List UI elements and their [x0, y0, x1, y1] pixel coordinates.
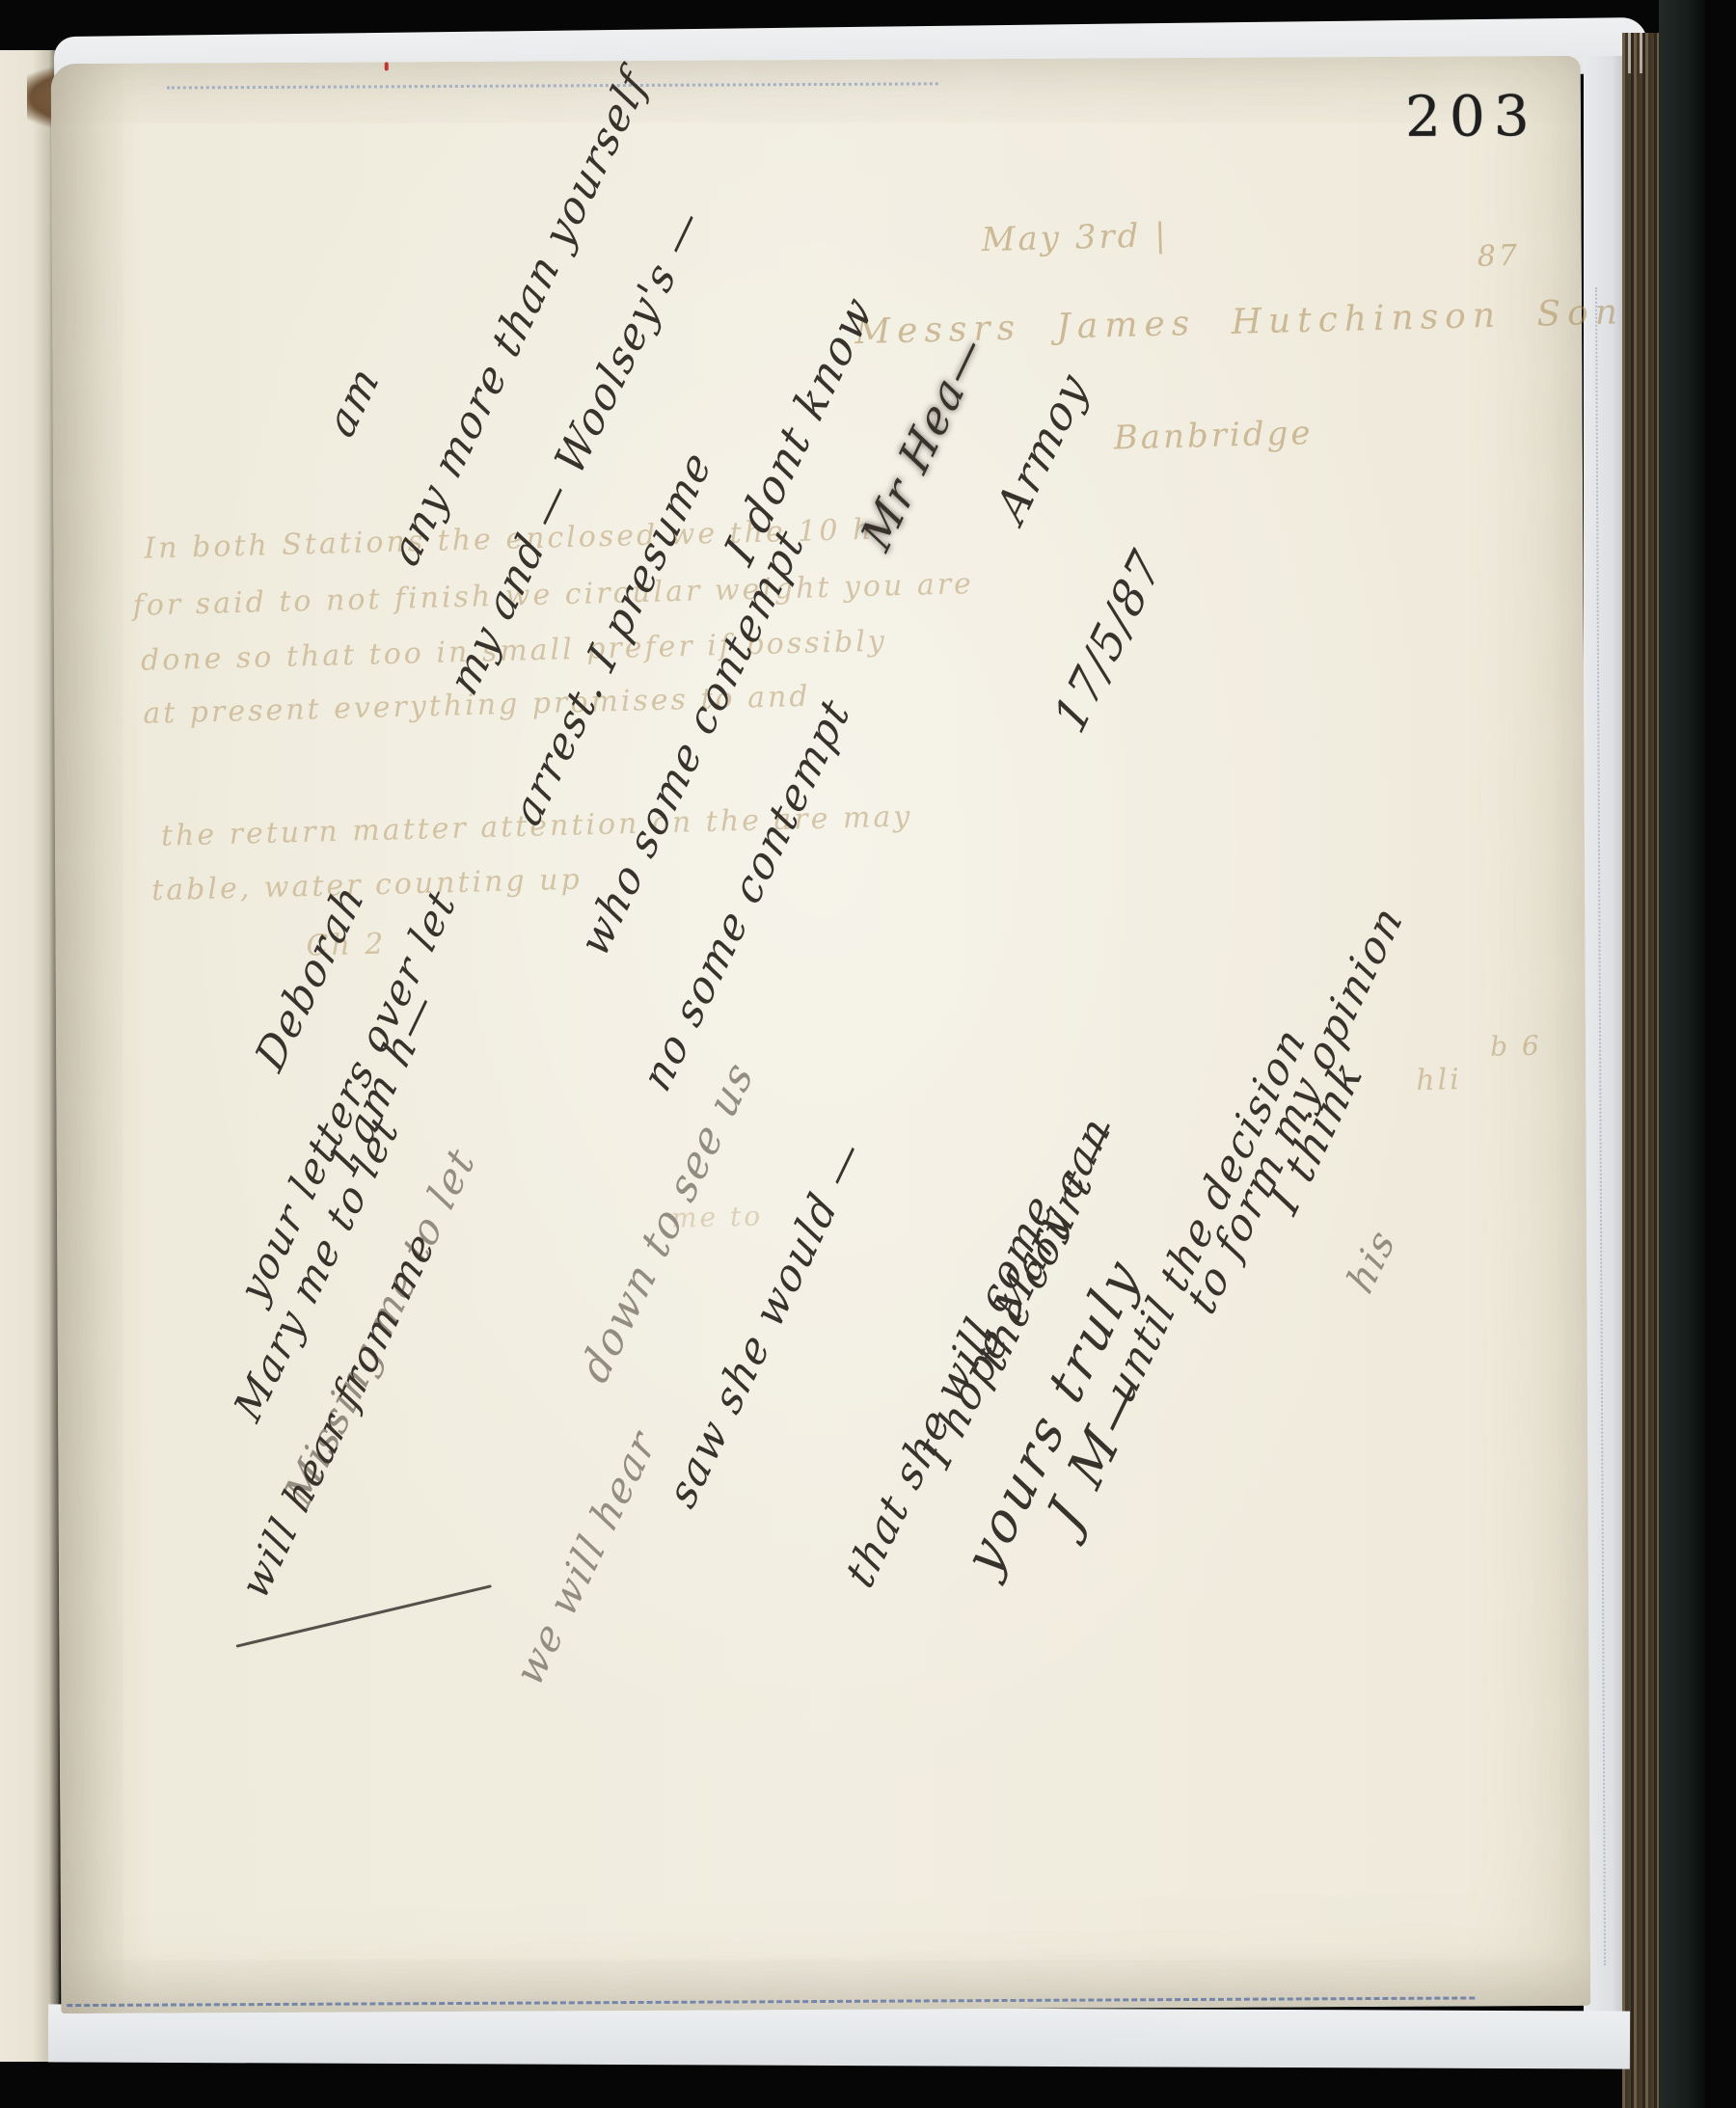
book-fore-edge — [1622, 33, 1661, 2108]
ink-line: am — [317, 357, 389, 446]
stitch-dots-top — [167, 82, 938, 89]
book-cover-edge — [1659, 0, 1705, 2108]
faded-fragment: b 6 — [1490, 1030, 1542, 1063]
faded-year: 87 — [1477, 239, 1520, 274]
faded-place: Banbridge — [1113, 414, 1314, 457]
ink-line: we will hear — [506, 1421, 665, 1694]
faded-date: May 3rd | — [981, 216, 1169, 259]
ink-line-salutation: Mr Hea— — [851, 324, 994, 559]
underlying-page-bottom-edge — [48, 2004, 1630, 2068]
ink-line: his — [1340, 1221, 1404, 1302]
ink-line-place: Armoy — [986, 363, 1098, 532]
ink-line-date: 17/5/87 — [1044, 540, 1174, 743]
faded-fragment: hli — [1416, 1063, 1462, 1097]
facing-page-edge — [0, 50, 60, 2062]
red-ink-fleck — [385, 62, 389, 70]
faded-body-line: for said to not finish we circular weigh… — [132, 567, 974, 623]
stitch-dots-bottom — [67, 1996, 1475, 2007]
letterbook-page: 203 May 3rd | 87 Messrs James Hutchinson… — [51, 56, 1591, 2013]
letterbook-scan: 203 May 3rd | 87 Messrs James Hutchinson… — [0, 0, 1736, 2108]
ink-line: until the decision — [1097, 1017, 1316, 1412]
page-number: 203 — [1405, 83, 1538, 149]
